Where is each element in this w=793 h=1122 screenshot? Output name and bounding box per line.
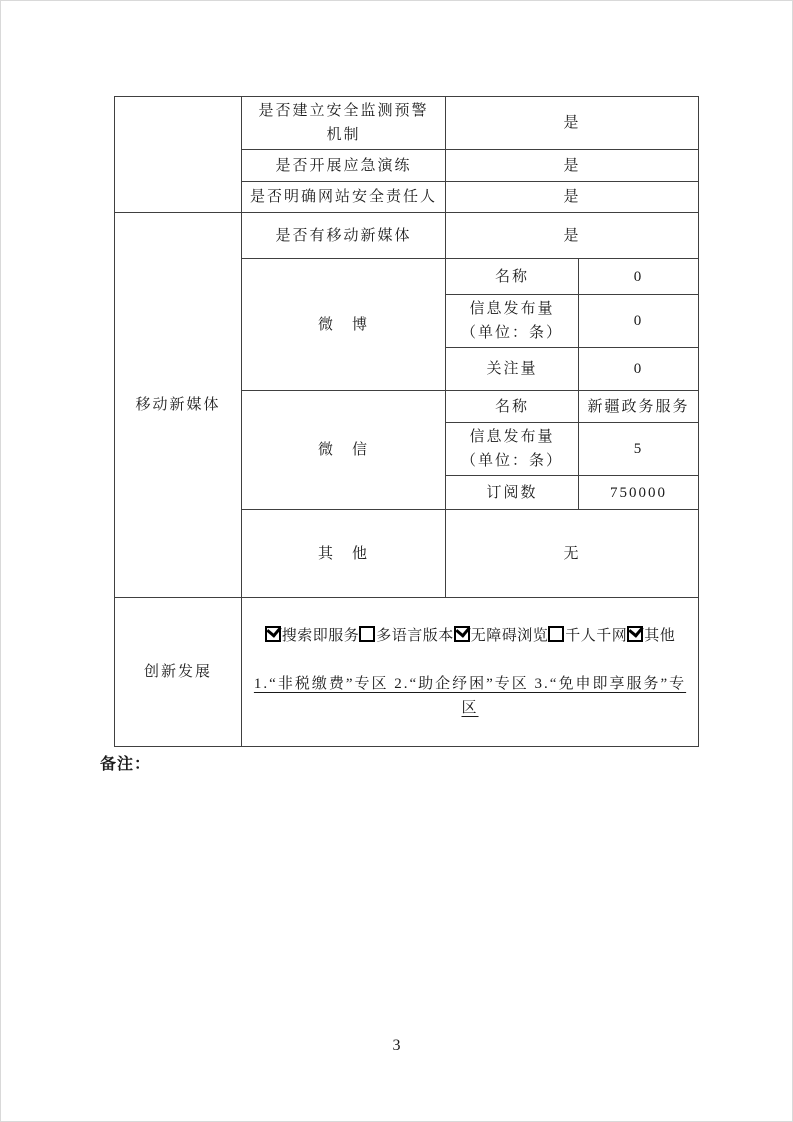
checkbox-icon: [265, 626, 281, 642]
security-row-label: 是否建立安全监测预警 机制: [242, 97, 446, 150]
checkbox-option-label: 无障碍浏览: [471, 628, 549, 644]
weibo-row-value: 0: [579, 259, 699, 295]
innovation-options-line: 搜索即服务多语言版本无障碍浏览千人千网其他: [247, 624, 693, 648]
security-row-value: 是: [446, 150, 699, 182]
document-page: 是否建立安全监测预警 机制 是 是否开展应急演练 是 是否明确网站安全责任人 是…: [0, 0, 793, 1122]
checkbox-icon: [627, 626, 643, 642]
remark-label: 备注：: [100, 751, 151, 774]
innovation-other-detail: 1.“非税缴费”专区 2.“助企纾困”专区 3.“免申即享服务”专区: [247, 672, 693, 720]
checkbox-option-label: 多语言版本: [376, 628, 454, 644]
wechat-label: 微 信: [242, 391, 446, 510]
mobile-has-label: 是否有移动新媒体: [242, 213, 446, 259]
weibo-row-label: 关注量: [446, 348, 579, 391]
checkbox-icon: [548, 626, 564, 642]
security-row-value: 是: [446, 97, 699, 150]
other-media-label: 其 他: [242, 510, 446, 598]
wechat-row-value: 750000: [579, 476, 699, 510]
checkbox-option-label: 其他: [644, 628, 675, 644]
table-row: 是否建立安全监测预警 机制 是: [115, 97, 699, 150]
weibo-row-label: 名称: [446, 259, 579, 295]
checkbox-icon: [359, 626, 375, 642]
table-row: 移动新媒体 是否有移动新媒体 是: [115, 213, 699, 259]
report-table: 是否建立安全监测预警 机制 是 是否开展应急演练 是 是否明确网站安全责任人 是…: [114, 96, 699, 747]
checkbox-option-label: 搜索即服务: [282, 628, 360, 644]
page-number: 3: [1, 1037, 792, 1055]
weibo-row-value: 0: [579, 348, 699, 391]
security-row-label: 是否开展应急演练: [242, 150, 446, 182]
wechat-row-label: 名称: [446, 391, 579, 423]
mobile-has-value: 是: [446, 213, 699, 259]
wechat-row-label: 信息发布量 （单位：条）: [446, 423, 579, 476]
innovation-content-cell: 搜索即服务多语言版本无障碍浏览千人千网其他 1.“非税缴费”专区 2.“助企纾困…: [242, 598, 699, 747]
other-media-value: 无: [446, 510, 699, 598]
innovation-group-label: 创新发展: [115, 598, 242, 747]
checkbox-icon: [454, 626, 470, 642]
table-row: 创新发展 搜索即服务多语言版本无障碍浏览千人千网其他 1.“非税缴费”专区 2.…: [115, 598, 699, 747]
weibo-row-value: 0: [579, 295, 699, 348]
wechat-row-value: 新疆政务服务: [579, 391, 699, 423]
wechat-row-value: 5: [579, 423, 699, 476]
mobile-group-label: 移动新媒体: [115, 213, 242, 598]
security-row-label: 是否明确网站安全责任人: [242, 182, 446, 213]
weibo-row-label: 信息发布量 （单位：条）: [446, 295, 579, 348]
weibo-label: 微 博: [242, 259, 446, 391]
security-group-label-cell: [115, 97, 242, 213]
wechat-row-label: 订阅数: [446, 476, 579, 510]
security-row-value: 是: [446, 182, 699, 213]
checkbox-option-label: 千人千网: [565, 628, 627, 644]
